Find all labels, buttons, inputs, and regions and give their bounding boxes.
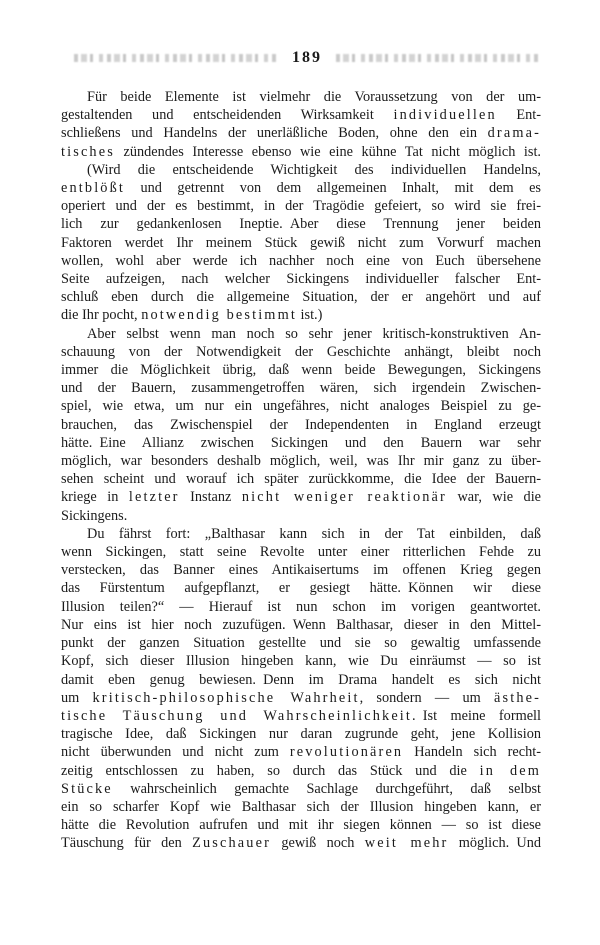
text-line: wollen, wohl aber werde ich nachher noch… (61, 252, 541, 270)
text-line: gestaltenden und entscheidenden Wirksamk… (61, 106, 541, 124)
text-segment: hätte. Eine Allianz zwischen Sickingen u… (61, 435, 541, 451)
text-segment: , sondern — um (360, 690, 494, 706)
text-line: hätte. Eine Allianz zwischen Sickingen u… (61, 434, 541, 452)
text-segment: damit eben genug bewiesen. Denn im Drama… (61, 672, 541, 688)
page-header: 189 (61, 48, 541, 68)
text-segment: Handeln sich recht- (403, 744, 541, 760)
text-line: die Ihr pocht, notwendig bestimmt ist.) (61, 306, 541, 324)
text-segment: zündendes Interesse ebenso wie eine kühn… (115, 144, 541, 160)
text-line: lich zur gedankenlosen Ineptie. Aber die… (61, 215, 541, 233)
paragraph: Aber selbst wenn man noch so sehr jener … (61, 325, 541, 525)
text-segment: Du fährst fort: „Balthasar kann sich in … (87, 526, 541, 542)
emphasized-text-segment: in dem (480, 763, 541, 779)
paragraph: Du fährst fort: „Balthasar kann sich in … (61, 525, 541, 853)
text-segment: Täuschung für den (61, 835, 192, 851)
text-line: hätte die Revolution aufrufen und mit ih… (61, 816, 541, 834)
text-line: Illusion teilen?“ — Hierauf ist nun scho… (61, 598, 541, 616)
emphasized-text-segment: Stücke (61, 781, 113, 797)
text-segment: Aber selbst wenn man noch so sehr jener … (87, 326, 541, 342)
text-segment: sehen scheint und worauf ich später zurü… (61, 471, 541, 487)
text-segment: wenn Sickingen, statt seine Revolte unte… (61, 544, 541, 560)
page-number: 189 (278, 49, 336, 67)
emphasized-text-segment: notwendig bestimmt (141, 307, 297, 323)
emphasized-text-segment: tisches (61, 144, 115, 160)
text-segment: Sickingens. (61, 508, 127, 524)
text-segment: um (61, 690, 93, 706)
emphasized-text-segment: ästhe- (494, 690, 541, 706)
text-segment: und der Bauern, zusammengetroffen wären,… (61, 380, 541, 396)
text-line: entblößt und getrennt von dem allgemeine… (61, 179, 541, 197)
emphasized-text-segment: letzter (129, 489, 180, 505)
text-segment: tragische Idee, daß Sickingen nur daran … (61, 726, 541, 742)
text-line: Stücke wahrscheinlich gemachte Sachlage … (61, 780, 541, 798)
text-line: sehen scheint und worauf ich später zurü… (61, 470, 541, 488)
text-line: damit eben genug bewiesen. Denn im Drama… (61, 671, 541, 689)
text-segment: Nur eins ist hier noch zuzufügen. Wenn B… (61, 617, 541, 633)
text-line: verstecken, das Banner eines Antikaisert… (61, 561, 541, 579)
text-line: um kritisch-philosophische Wahrheit, son… (61, 689, 541, 707)
text-segment: Kopf, sich dieser Illusion hingeben kann… (61, 653, 541, 669)
text-segment: möglich, war besonders deshalb möglich, … (61, 453, 541, 469)
header-bleed-artifact-right (336, 54, 540, 62)
text-line: und der Bauern, zusammengetroffen wären,… (61, 379, 541, 397)
emphasized-text-segment: individuellen (393, 107, 496, 123)
text-segment: das Fürstentum aufgepflanzt, er gesiegt … (61, 580, 541, 596)
text-segment: wahrscheinlich gemachte Sachlage durchge… (113, 781, 541, 797)
text-segment: schauung von der Notwendigkeit der Gesch… (61, 344, 541, 360)
text-segment: Faktoren werdet Ihr meinem Stück gewiß n… (61, 235, 541, 251)
text-segment: . Ist meine formell (412, 708, 541, 724)
text-line: Nur eins ist hier noch zuzufügen. Wenn B… (61, 616, 541, 634)
emphasized-text-segment: tische Täuschung und Wahrscheinlichkeit (61, 708, 412, 724)
text-line: tische Täuschung und Wahrscheinlichkeit.… (61, 707, 541, 725)
text-segment: schluß eben durch die allgemeine Situati… (61, 289, 541, 305)
text-line: Sickingens. (61, 507, 541, 525)
text-line: immer die Möglichkeit übrig, daß wenn be… (61, 361, 541, 379)
text-segment: die Ihr pocht, (61, 307, 141, 323)
emphasized-text-segment: drama- (488, 125, 541, 141)
text-segment: hätte die Revolution aufrufen und mit ih… (61, 817, 541, 833)
text-line: schließens und Handelns der unerläßliche… (61, 124, 541, 142)
text-line: schauung von der Notwendigkeit der Gesch… (61, 343, 541, 361)
text-line: tragische Idee, daß Sickingen nur daran … (61, 725, 541, 743)
text-segment: Illusion teilen?“ — Hierauf ist nun scho… (61, 599, 541, 615)
text-segment: nicht überwunden und nicht zum (61, 744, 290, 760)
text-line: kriege in letzter Instanz nicht weniger … (61, 488, 541, 506)
text-line: Täuschung für den Zuschauer gewiß noch w… (61, 834, 541, 852)
text-segment: Instanz (180, 489, 242, 505)
text-segment: ein so scharfer Kopf wie Balthasar sich … (61, 799, 541, 815)
emphasized-text-segment: nicht weniger reaktionär (242, 489, 447, 505)
header-bleed-artifact-left (74, 54, 278, 62)
text-segment: ist.) (297, 307, 322, 323)
text-segment: Ent- (497, 107, 541, 123)
body-text: Für beide Elemente ist vielmehr die Vora… (61, 88, 541, 853)
text-segment: zeitig entschlossen zu haben, so durch d… (61, 763, 480, 779)
text-segment: gewiß noch (271, 835, 365, 851)
text-line: brauchen, das Zwischenspiel der Independ… (61, 416, 541, 434)
text-segment: schließens und Handelns der unerläßliche… (61, 125, 488, 141)
text-line: punkt der ganzen Situation gestellte und… (61, 634, 541, 652)
text-line: wenn Sickingen, statt seine Revolte unte… (61, 543, 541, 561)
emphasized-text-segment: kritisch-philosophische Wahrheit (93, 690, 360, 706)
text-line: (Wird die entscheidende Wichtigkeit des … (61, 161, 541, 179)
text-line: möglich, war besonders deshalb möglich, … (61, 452, 541, 470)
text-segment: möglich. Und (448, 835, 541, 851)
emphasized-text-segment: entblößt (61, 180, 125, 196)
emphasized-text-segment: Zuschauer (192, 835, 271, 851)
text-line: Seite aufzeigen, nach welcher Sickingens… (61, 270, 541, 288)
text-segment: und getrennt von dem allgemeinen Inhalt,… (125, 180, 541, 196)
text-segment: lich zur gedankenlosen Ineptie. Aber die… (61, 216, 541, 232)
text-line: Aber selbst wenn man noch so sehr jener … (61, 325, 541, 343)
text-line: das Fürstentum aufgepflanzt, er gesiegt … (61, 579, 541, 597)
emphasized-text-segment: revolutionären (290, 744, 403, 760)
emphasized-text-segment: weit mehr (365, 835, 449, 851)
text-segment: punkt der ganzen Situation gestellte und… (61, 635, 541, 651)
text-segment: (Wird die entscheidende Wichtigkeit des … (87, 162, 541, 178)
text-line: Für beide Elemente ist vielmehr die Vora… (61, 88, 541, 106)
text-line: Kopf, sich dieser Illusion hingeben kann… (61, 652, 541, 670)
text-segment: operiert und der es bestimmt, in der Tra… (61, 198, 541, 214)
paragraph: Für beide Elemente ist vielmehr die Vora… (61, 88, 541, 161)
text-segment: spiel, wie etwa, um nur ein ungefähres, … (61, 398, 541, 414)
text-segment: Seite aufzeigen, nach welcher Sickingens… (61, 271, 541, 287)
text-segment: war, wie die (447, 489, 541, 505)
text-segment: verstecken, das Banner eines Antikaisert… (61, 562, 541, 578)
text-segment: kriege in (61, 489, 129, 505)
text-segment: Für beide Elemente ist vielmehr die Vora… (87, 89, 541, 105)
text-line: Faktoren werdet Ihr meinem Stück gewiß n… (61, 234, 541, 252)
text-line: operiert und der es bestimmt, in der Tra… (61, 197, 541, 215)
text-line: ein so scharfer Kopf wie Balthasar sich … (61, 798, 541, 816)
text-segment: immer die Möglichkeit übrig, daß wenn be… (61, 362, 541, 378)
text-line: tisches zündendes Interesse ebenso wie e… (61, 143, 541, 161)
paragraph: (Wird die entscheidende Wichtigkeit des … (61, 161, 541, 325)
text-line: nicht überwunden und nicht zum revolutio… (61, 743, 541, 761)
book-page: 189 Für beide Elemente ist vielmehr die … (0, 0, 600, 945)
text-line: zeitig entschlossen zu haben, so durch d… (61, 762, 541, 780)
text-segment: brauchen, das Zwischenspiel der Independ… (61, 417, 541, 433)
text-line: schluß eben durch die allgemeine Situati… (61, 288, 541, 306)
text-segment: wollen, wohl aber werde ich nachher noch… (61, 253, 541, 269)
text-segment: gestaltenden und entscheidenden Wirksamk… (61, 107, 393, 123)
text-line: spiel, wie etwa, um nur ein ungefähres, … (61, 397, 541, 415)
text-line: Du fährst fort: „Balthasar kann sich in … (61, 525, 541, 543)
